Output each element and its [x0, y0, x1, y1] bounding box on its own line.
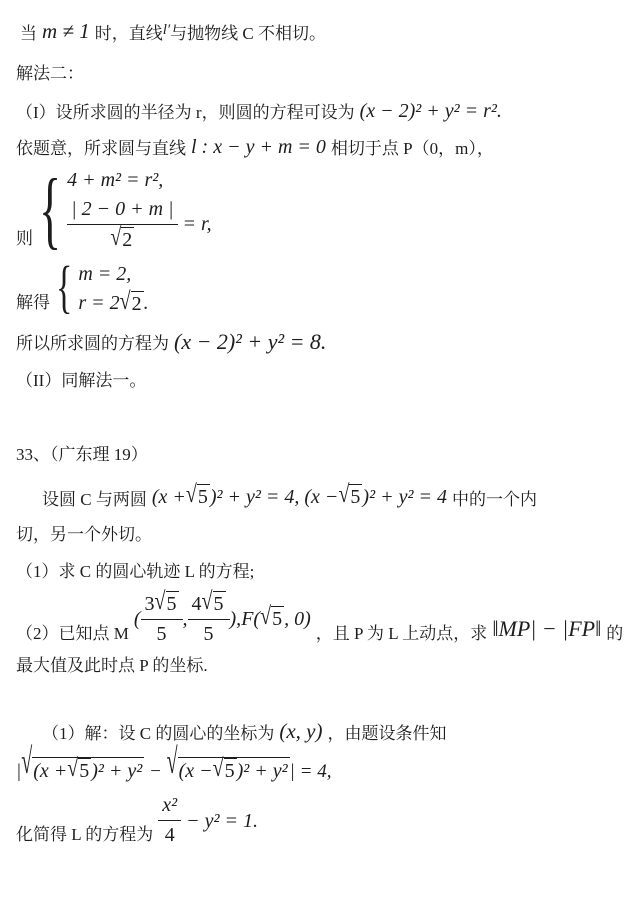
system-brace: { [39, 166, 61, 253]
system-rows: 4 + m² = r², | 2 − 0 + m | √ 2 = r, [67, 168, 212, 253]
line-method-two-heading: 解法二： [16, 61, 622, 87]
radicand: 5 [225, 759, 235, 784]
radicand: 2 [122, 228, 132, 253]
radicand: 5 [79, 759, 89, 784]
radicand: 5 [350, 485, 360, 510]
square-root: √ 2 [110, 227, 134, 253]
math-run: . [144, 291, 149, 316]
text-run: （1）求 C 的圆心轨迹 L 的方程; [16, 559, 254, 585]
text-run: 解得 [16, 290, 50, 316]
radical-sign: √ [186, 479, 197, 510]
math-run: − y² = 1. [186, 809, 258, 834]
text-run: 相切于点 P（0，m）， [331, 136, 494, 162]
line-two-circles: 设圆 C 与两圆 (x + √ 5 )² + y² = 4, (x − √ 5 … [16, 484, 622, 514]
line-simplified-L-equation: 化简得 L 的方程为 x² 4 − y² = 1. [16, 793, 622, 848]
text-run: （I）设所求圆的半径为 r，则圆的方程可设为 [16, 100, 355, 126]
text-run: 中的一个内 [452, 487, 537, 513]
radical-sign: √ [338, 479, 349, 510]
text-run: 设圆 C 与两圆 [42, 487, 147, 513]
document-page: 当 m ≠ 1 时，直线 l′ 与抛物线 C 不相切。 解法二： （I）设所求圆… [0, 0, 640, 905]
math-two-circle-equations: (x + √ 5 )² + y² = 4, (x − √ 5 )² + y² =… [152, 484, 447, 510]
line-question-2: （2）已知点 M ( 3 √ 5 5 , 4 √ 5 [16, 591, 622, 647]
fraction-denominator: 5 [157, 622, 167, 647]
radicand: 5 [214, 592, 224, 617]
system-brace: { [56, 260, 72, 318]
text-run: ，由题设条件知 [327, 721, 446, 747]
square-root: √ 5 [213, 758, 237, 784]
problem-number: 33、（广东理 19） [16, 442, 148, 468]
system-equation-1: 4 + m² = r², [67, 168, 212, 193]
open-paren: ( [134, 607, 141, 632]
fraction: x² 4 [158, 793, 181, 848]
math-run: (x − [179, 759, 213, 784]
text-run: （1）解：设 C 的圆心的坐标为 [42, 721, 274, 747]
radical-sign: √ [67, 753, 78, 784]
text-run: 所以所求圆的方程为 [16, 331, 169, 357]
text-run: ，且 P 为 L 上动点，求 [316, 621, 488, 647]
fraction-numerator: x² [162, 793, 177, 818]
fraction: 4 √ 5 5 [188, 591, 230, 647]
line-equation-system: 则 { 4 + m² = r², | 2 − 0 + m | √ 2 [16, 168, 622, 253]
radicand: 2 [132, 292, 142, 317]
math-run: r = 2 [78, 291, 119, 316]
line-tangent-condition: 依题意，所求圆与直线 l : x − y + m = 0 相切于点 P（0，m）… [16, 135, 622, 163]
math-circle-equation-general: (x − 2)² + y² = r². [360, 99, 502, 124]
line-tangency-continued: 切，另一个外切。 [16, 522, 622, 548]
text-run: 则 [16, 226, 33, 252]
radicand: 5 [272, 607, 282, 632]
line-problem-33-heading: 33、（广东理 19） [16, 442, 622, 468]
square-root: √ 2 [120, 291, 144, 317]
fraction-numerator-coefficient: 3 [145, 592, 155, 617]
radical-sign: √ [202, 587, 213, 618]
line-solution-1-setup: （1）解：设 C 的圆心的坐标为 (x, y) ，由题设条件知 [16, 718, 622, 747]
equation-system: { 4 + m² = r², | 2 − 0 + m | √ 2 = r, [33, 168, 212, 253]
solution-system: { m = 2, r = 2 √ 2 . [50, 262, 149, 317]
square-root: √ 5 [67, 758, 91, 784]
minus-sign: − [144, 760, 166, 784]
line-part2-same: （II）同解法一。 [16, 368, 622, 394]
math-circle-equation-final: (x − 2)² + y² = 8. [174, 328, 326, 356]
fraction: 3 √ 5 5 [141, 591, 183, 647]
math-norm-expression: ‖MP| − |FP‖ [492, 615, 601, 643]
line-solution-system: 解得 { m = 2, r = 2 √ 2 . [16, 262, 622, 317]
text-run: （2）已知点 M [16, 621, 129, 647]
fraction-denominator: 4 [165, 823, 175, 848]
radicand: 5 [167, 592, 177, 617]
math-m-neq-1: m ≠ 1 [42, 18, 90, 44]
math-line-equation: l : x − y + m = 0 [191, 135, 326, 160]
square-root: √ 5 [338, 484, 362, 510]
text-run: 解法二： [16, 61, 84, 87]
system-equation-2: | 2 − 0 + m | √ 2 = r, [67, 197, 212, 253]
radicand: 5 [198, 485, 208, 510]
text-run: 最大值及此时点 P 的坐标. [16, 653, 208, 679]
radical-sign: √ [213, 753, 224, 784]
close-paren: ), [230, 607, 242, 632]
line-part1-setup: （I）设所求圆的半径为 r，则圆的方程可设为 (x − 2)² + y² = r… [16, 99, 622, 127]
math-run: )² + y² [237, 759, 288, 784]
text-run: 时，直线 [95, 21, 163, 47]
fraction-denominator: 5 [204, 622, 214, 647]
square-root: √ 5 [155, 591, 179, 617]
radical-sign: √ [21, 741, 32, 786]
fraction: | 2 − 0 + m | √ 2 [67, 197, 177, 253]
equation-tail: = r, [178, 212, 212, 237]
square-root-large: √ (x − √ 5 )² + y² [167, 757, 290, 784]
fraction-numerator-coefficient: 4 [192, 592, 202, 617]
system-rows: m = 2, r = 2 √ 2 . [78, 262, 148, 317]
math-run: (x + [152, 485, 186, 510]
close-bar-equals: | = 4, [290, 760, 332, 784]
radical-sign: √ [167, 741, 178, 786]
square-root-large: √ (x + √ 5 )² + y² [21, 757, 144, 784]
line-question-1: （1）求 C 的圆心轨迹 L 的方程; [16, 559, 622, 585]
line-question-2-continued: 最大值及此时点 P 的坐标. [16, 653, 622, 679]
text-run: （II）同解法一。 [16, 368, 146, 394]
square-root: √ 5 [202, 591, 226, 617]
math-run: )² + y² = 4, (x − [210, 485, 339, 510]
fraction-numerator: | 2 − 0 + m | [71, 197, 173, 222]
radical-sign: √ [120, 286, 131, 317]
text-run: 的 [606, 621, 623, 647]
math-run: )² + y² = 4 [362, 485, 447, 510]
square-root: √ 5 [186, 484, 210, 510]
math-run: (x + [33, 759, 67, 784]
solution-r: r = 2 √ 2 . [78, 291, 148, 317]
text-run: 当 [20, 21, 37, 47]
text-run: 依题意，所求圆与直线 [16, 136, 186, 162]
square-root: √ 5 [260, 606, 284, 632]
line-distance-difference-equation: | √ (x + √ 5 )² + y² − √ (x − √ 5 )² + [16, 757, 622, 784]
math-xy-coordinates: (x, y) [279, 718, 322, 744]
line-tangency-conclusion: 当 m ≠ 1 时，直线 l′ 与抛物线 C 不相切。 [16, 18, 622, 47]
radical-sign: √ [110, 222, 121, 253]
math-point-F: F( [241, 607, 260, 632]
math-line-symbol: l′ [163, 21, 170, 40]
radical-sign: √ [260, 602, 271, 633]
math-run: , 0) [284, 607, 311, 632]
text-run: 切，另一个外切。 [16, 522, 152, 548]
text-run: 化简得 L 的方程为 [16, 822, 153, 848]
text-run: 与抛物线 C 不相切。 [170, 21, 326, 47]
radical-sign: √ [155, 587, 166, 618]
math-point-M-coordinates: ( 3 √ 5 5 , 4 √ 5 [134, 591, 311, 647]
math-run: )² + y² [91, 759, 142, 784]
solution-m: m = 2, [78, 262, 148, 287]
line-final-circle-equation: 所以所求圆的方程为 (x − 2)² + y² = 8. [16, 328, 622, 358]
